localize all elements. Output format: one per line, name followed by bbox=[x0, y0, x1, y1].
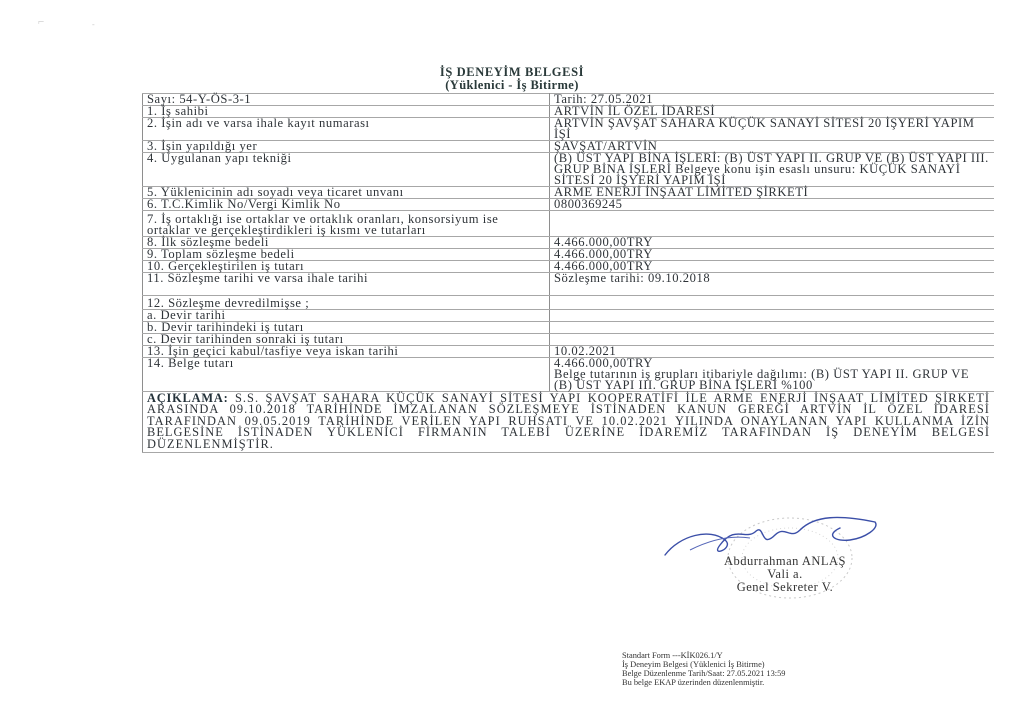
amount-distribution: Belge tutarının iş grupları itibariyle d… bbox=[554, 369, 990, 391]
row-label: 6. T.C.Kimlik No/Vergi Kimlik No bbox=[143, 199, 550, 211]
row-value: (B) ÜST YAPI BİNA İŞLERİ: (B) ÜST YAPI I… bbox=[550, 153, 995, 187]
table-row: 4. Uygulanan yapı tekniği (B) ÜST YAPI B… bbox=[143, 153, 995, 187]
footer-line: Belge Düzenlenme Tarih/Saat: 27.05.2021 … bbox=[622, 669, 785, 678]
table-row: 7. İş ortaklığı ise ortaklar ve ortaklık… bbox=[143, 211, 995, 237]
signatory-title-2: Genel Sekreter V. bbox=[645, 581, 925, 594]
row-value: ARTVİN ŞAVŞAT SAHARA KÜÇÜK SANAYİ SİTESİ… bbox=[550, 118, 995, 141]
certificate-table: Sayı: 54-Y-ÖS-3-1 Tarih: 27.05.2021 1. İ… bbox=[142, 93, 994, 453]
document-subtitle: (Yüklenici - İş Bitirme) bbox=[0, 79, 1024, 92]
row-value bbox=[550, 334, 995, 346]
row-value: 4.466.000,00TRY Belge tutarının iş grupl… bbox=[550, 358, 995, 392]
table-row: 6. T.C.Kimlik No/Vergi Kimlik No 0800369… bbox=[143, 199, 995, 211]
row-value bbox=[550, 211, 995, 237]
row-label: 7. İş ortaklığı ise ortaklar ve ortaklık… bbox=[143, 211, 550, 237]
footer-line: İş Deneyim Belgesi (Yüklenici İş Bitirme… bbox=[622, 660, 785, 669]
scan-artifact: ⌐ bbox=[38, 16, 44, 28]
row-label: 4. Uygulanan yapı tekniği bbox=[143, 153, 550, 187]
footer-line: Bu belge EKAP üzerinden düzenlenmiştir. bbox=[622, 678, 785, 687]
row-value bbox=[550, 296, 995, 310]
table-row: 12. Sözleşme devredilmişse ; bbox=[143, 296, 995, 310]
table-row: 2. İşin adı ve varsa ihale kayıt numaras… bbox=[143, 118, 995, 141]
explanation-row: AÇIKLAMA: S.S. ŞAVŞAT SAHARA KÜÇÜK SANAY… bbox=[143, 392, 995, 453]
row-label: 2. İşin adı ve varsa ihale kayıt numaras… bbox=[143, 118, 550, 141]
row-value bbox=[550, 310, 995, 322]
explanation-text: S.S. ŞAVŞAT SAHARA KÜÇÜK SANAYİ SİTESİ Y… bbox=[147, 391, 990, 451]
row-label: 11. Sözleşme tarihi ve varsa ihale tarih… bbox=[143, 273, 550, 296]
form-footer: Standart Form ---KİK026.1/Y İş Deneyim B… bbox=[622, 651, 785, 687]
row-value: Sözleşme tarihi: 09.10.2018 bbox=[550, 273, 995, 296]
scan-artifact: - bbox=[92, 20, 95, 29]
footer-line: Standart Form ---KİK026.1/Y bbox=[622, 651, 785, 660]
row-label: 14. Belge tutarı bbox=[143, 358, 550, 392]
row-value bbox=[550, 322, 995, 334]
table-row: 14. Belge tutarı 4.466.000,00TRY Belge t… bbox=[143, 358, 995, 392]
explanation: AÇIKLAMA: S.S. ŞAVŞAT SAHARA KÜÇÜK SANAY… bbox=[143, 392, 995, 453]
table-row: 11. Sözleşme tarihi ve varsa ihale tarih… bbox=[143, 273, 995, 296]
document-title-block: İŞ DENEYİM BELGESİ (Yüklenici - İş Bitir… bbox=[0, 66, 1024, 92]
row-value: 0800369245 bbox=[550, 199, 995, 211]
signature-block: Abdurrahman ANLAŞ Vali a. Genel Sekreter… bbox=[650, 510, 900, 610]
